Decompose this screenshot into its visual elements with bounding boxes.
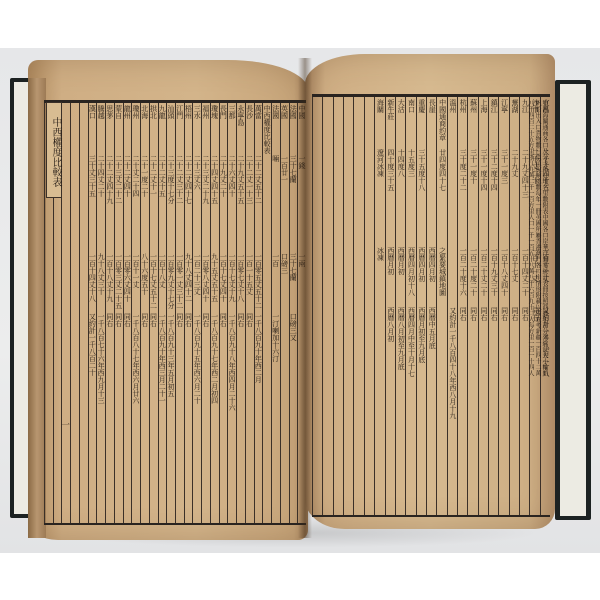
cell-text: 一百零三丈二十五: [115, 253, 123, 309]
cell-text: 西曆中五月底: [427, 307, 436, 349]
cell-text: 一千八百九十五年西六月二十: [193, 313, 201, 404]
right-column: 新牛莊四十度三十五西曆月初西曆八月初: [385, 97, 395, 515]
cell-text: 二十九丈二十: [220, 155, 228, 197]
column-header: 漢口: [89, 105, 97, 119]
column-header: 長崖: [427, 99, 436, 113]
right-column: 中國通商約章廿四度四十七之緊要城鎮地圖: [436, 97, 446, 515]
cell-text: 十五度三: [406, 149, 415, 177]
cell-text: 一千八百九十年西二月: [255, 313, 263, 383]
cell-text: 三十度二十二: [458, 149, 467, 191]
column-header: 溫州: [448, 99, 457, 113]
cell-text: 九十八丈四十二: [185, 253, 193, 302]
cell-text: 一百十四丈十八: [89, 253, 97, 302]
cell-text: 十四度八: [396, 149, 405, 177]
right-column: 海關遼河冰凍冰凍: [374, 97, 384, 515]
cell-text: 一汀喇加十六汀: [272, 313, 280, 362]
right-empty-column: [333, 97, 343, 515]
cell-text: 同右: [468, 307, 477, 321]
cell-text: 同右: [185, 313, 193, 327]
cell-text: 西曆四月初: [427, 247, 436, 282]
left-column: 法國三十七蘭三十七蘭口磅三又: [289, 103, 298, 523]
right-empty-column: [364, 97, 374, 515]
right-empty-column: [312, 97, 322, 515]
cell-text: 口磅三: [281, 253, 289, 274]
cell-text: 二十二丈四十: [124, 155, 132, 197]
cell-text: 西曆四月中至十月十七: [406, 307, 415, 377]
column-header: 汕頭: [167, 105, 175, 119]
left-column: 汕頭二十三度十七分一百零九丈十七分一千八百九十三年五月初五: [166, 103, 175, 523]
cell-text: 二十一度二十: [141, 155, 149, 197]
cell-text: 二十三丈二十二: [115, 155, 123, 204]
column-header: 拱北: [150, 105, 158, 119]
right-column: 杭州三十度二十二一百二十度十六同右: [457, 97, 467, 515]
cell-text: 一百二十度十六: [458, 247, 467, 296]
cell-text: 之緊要城鎮地圖: [437, 247, 446, 296]
cell-text: 同右: [202, 313, 210, 327]
column-header: 杭州: [458, 99, 467, 113]
cell-text: 三十七蘭: [290, 253, 298, 281]
column-header: 海關: [375, 99, 384, 113]
right-empty-column: [343, 97, 353, 515]
column-header: 大沽: [396, 99, 405, 113]
cell-text: 二十四丈二十: [97, 155, 105, 197]
right-column: 重慶三十五度十八西曆四月初西曆月初至九月底: [416, 97, 426, 515]
cell-text: 二十二丈四十七: [185, 155, 193, 204]
left-column: 三水二十三丈六一百二十三丈一千八百九十五年西六月二十: [192, 103, 201, 523]
left-column: 長門二十九丈二十一百十七丈四十同右: [219, 103, 228, 523]
left-column: 瓊州二十丈二十四一百十一丈一千八百八十七年西六月廿六: [131, 103, 140, 523]
column-header: 永寧島: [237, 105, 245, 126]
cell-text: 二十丈二十四: [132, 155, 140, 197]
cell-text: 一百零五丈五十二: [255, 253, 263, 309]
cell-text: 一千八百九十七年西二月初四: [211, 313, 219, 404]
right-empty-column: [353, 97, 363, 515]
left-column: 瓊塊二十四丈四十五九十五丈五十五一千八百九十七年西二月初四: [210, 103, 219, 523]
column-header: 三都: [228, 105, 236, 119]
left-column: 福州二十三丈二十九一百零八丈四十同右: [201, 103, 210, 523]
cell-text: 西曆月初至九月底: [417, 307, 426, 363]
left-empty-column: [79, 103, 88, 523]
left-column: 法國啢一百一汀喇加十六汀: [271, 103, 280, 523]
column-header: 中國通商約章: [437, 99, 446, 141]
left-column: 九龍二十二丈十五一百十八丈一千八百九十年西三月二十一: [158, 103, 167, 523]
cell-text: 一百: [272, 253, 280, 267]
column-header: 萬當: [255, 105, 263, 119]
left-column: 漢口三十丈三十五一百十四丈十八又約計一千八百二十: [88, 103, 97, 523]
column-header: 瓊塊: [211, 105, 219, 119]
cell-text: 西曆月初: [396, 247, 405, 275]
table-title: 中西權度比較表: [46, 102, 62, 198]
cell-text: 四十度三十五: [386, 149, 395, 191]
cell-text: 又約計一千八百二十: [89, 313, 97, 376]
left-column: 蒙自二十三丈二十二一百零三丈二十五同右: [114, 103, 123, 523]
cell-text: 二十二丈一十三: [246, 155, 254, 204]
cell-text: 一百零七丈十八: [237, 253, 245, 302]
cell-text: 三十五度十八: [417, 149, 426, 191]
cell-text: 口磅三又: [290, 313, 298, 341]
cell-text: 八十六度五十: [141, 253, 149, 295]
cell-text: 二十六丈四十: [228, 155, 236, 197]
cell-text: 同右: [106, 313, 114, 327]
right-column: 溫州又約計一千八百四十八年西八月十九: [447, 97, 457, 515]
cell-text: 一千八百八十七年西六月廿六: [132, 313, 140, 404]
cell-text: 二十二丈十一: [150, 155, 158, 197]
left-column: 中西權度比較表: [262, 103, 271, 523]
dense-notes: 中國海關通商各口及分卡所在地名里數附表中國各口岸華洋貿易統計表冊按照西曆年月分列…: [480, 100, 548, 380]
left-column: 江門二十二丈三十二一百零一丈三十二同右: [175, 103, 184, 523]
page-number: 一: [58, 420, 71, 429]
column-header: 三水: [193, 105, 201, 119]
column-header: 中西權度比較表: [263, 105, 271, 154]
cell-text: 一千八百七十六年西九月十三: [97, 313, 105, 404]
column-header: 江門: [176, 105, 184, 119]
cell-text: 二十三丈六: [193, 155, 201, 190]
right-empty-column: [322, 97, 332, 515]
left-column: 騰越二十四丈二十九十八丈三十一千八百七十六年西九月十三: [96, 103, 105, 523]
cell-text: 一百十八丈: [159, 253, 167, 288]
cell-text: 一百零一丈三十二: [176, 253, 184, 309]
cell-text: 一百二十三丈: [193, 253, 201, 295]
column-header: 北海: [141, 105, 149, 119]
cell-text: 一千八百九十三年五月初五: [167, 313, 175, 397]
left-column: 梧州二十二丈四十七九十八丈四十二同右: [184, 103, 193, 523]
cell-text: 二十三度十七分: [167, 155, 175, 204]
column-header: 南口: [406, 99, 415, 113]
left-column: 長沙二十二丈一十三一百一十五丈同右: [245, 103, 254, 523]
column-header: 法國: [290, 105, 298, 119]
column-header: 瓊州: [132, 105, 140, 119]
right-column: 大沽十四度八西曆月初西曆八月初至九月底: [395, 97, 405, 515]
cell-text: 三十一度十: [468, 149, 477, 184]
cell-text: 九十五丈五十五: [211, 253, 219, 302]
cell-text: 一百零九丈十七分: [167, 253, 175, 309]
left-column: 拱北二十二丈十一一百十七丈五十二同右: [149, 103, 158, 523]
cell-text: 遼河冰凍: [375, 149, 384, 177]
cell-text: 同右: [246, 313, 254, 327]
cell-text: 一百十七丈四十: [220, 253, 228, 302]
column-header: 思茅: [106, 105, 114, 119]
column-header: 九龍: [159, 105, 167, 119]
spine-gutter: [298, 58, 312, 538]
cell-text: 二十二丈五十二: [255, 155, 263, 204]
cell-text: 三十丈三十五: [89, 155, 97, 197]
left-column: 萬當二十二丈五十二一百零五丈五十二一千八百九十年西二月: [254, 103, 263, 523]
cell-text: 西曆月初: [386, 247, 395, 275]
left-empty-column: [61, 103, 70, 523]
column-header: 龍州: [124, 105, 132, 119]
column-header: 福州: [202, 105, 210, 119]
column-header: 長沙: [246, 105, 254, 119]
cell-text: 二十九丈五十五: [237, 155, 245, 204]
cell-text: 一百十八丈十九: [106, 253, 114, 302]
cell-text: 一千八百九十八年西四月二十六: [228, 313, 236, 411]
column-header: 蘇州: [468, 99, 477, 113]
cell-text: 三十七蘭: [290, 155, 298, 183]
cell-text: 一百十七丈五十二: [150, 253, 158, 309]
cell-text: 同右: [176, 313, 184, 327]
cell-text: 西曆八月初: [386, 307, 395, 342]
right-column: 南口十五度三西曆四月初十八西曆四月中至十月十七: [405, 97, 415, 515]
column-header: 重慶: [417, 99, 426, 113]
endpaper-right: [560, 84, 586, 516]
cell-text: 九十八丈三十: [97, 253, 105, 295]
left-column: 思茅二十二丈四十九一百十八丈十九同右: [105, 103, 114, 523]
left-table: 中國一錢一兩法國三十七蘭三十七蘭口磅三又英國一百廿一口磅三法國啢一百一汀喇加十六…: [44, 100, 306, 525]
cell-text: 同右: [141, 313, 149, 327]
cell-text: 同右: [115, 313, 123, 327]
cell-text: 二十二丈三十二: [176, 155, 184, 204]
column-header: 英國: [281, 105, 289, 119]
cell-text: 同右: [124, 313, 132, 327]
cell-text: 一百零八丈四十: [202, 253, 210, 302]
cell-text: 一千八百九十年西三月二十一: [159, 313, 167, 404]
cell-text: 二十二丈十五: [159, 155, 167, 197]
right-column: 長崖西曆四月初西曆中五月底: [426, 97, 436, 515]
book-photo: 中國一錢一兩法國三十七蘭三十七蘭口磅三又英國一百廿一口磅三法國啢一百一汀喇加十六…: [0, 48, 600, 553]
left-column: 三都二十六丈四十一百十七丈十九一千八百九十八年西四月二十六: [227, 103, 236, 523]
cell-text: 二十四丈四十五: [211, 155, 219, 204]
cell-text: 西曆四月初十八: [406, 247, 415, 296]
cell-text: 一百十七丈十九: [228, 253, 236, 302]
column-header: 新牛莊: [386, 99, 395, 120]
left-column: 永寧島二十九丈五十五一百零七丈十八同右: [236, 103, 245, 523]
right-column: 蘇州三十一度十一百二十度二十同右: [467, 97, 477, 515]
cell-text: 二十三丈二十九: [202, 155, 210, 204]
column-header: 長門: [220, 105, 228, 119]
cell-text: 啢: [272, 155, 280, 162]
cell-text: 同右: [458, 307, 467, 321]
cell-text: 同右: [237, 313, 245, 327]
cell-text: 一百廿一: [281, 155, 289, 183]
left-column: 北海二十一度二十八十六度五十同右: [140, 103, 149, 523]
cell-text: 一百二十度二十: [468, 247, 477, 296]
column-header: 騰越: [97, 105, 105, 119]
cell-text: 二十二丈四十九: [106, 155, 114, 204]
cell-text: 西曆八月初至九月底: [396, 307, 405, 370]
cell-text: 又約計一千八百四十八年西八月十九: [448, 307, 457, 419]
column-header: 蒙自: [115, 105, 123, 119]
cell-text: 同右: [150, 313, 158, 327]
cell-text: 同右: [220, 313, 228, 327]
left-empty-column: [70, 103, 79, 523]
column-header: 法國: [272, 105, 280, 119]
cell-text: 一百零六丈四十: [124, 253, 132, 302]
left-column: 龍州二十二丈四十一百零六丈四十同右: [123, 103, 132, 523]
cell-text: 廿四度四十七: [437, 149, 446, 191]
column-header: 梧州: [185, 105, 193, 119]
cell-text: 冰凍: [375, 247, 384, 261]
cell-text: 一百一十五丈: [246, 253, 254, 295]
cell-text: 一百十一丈: [132, 253, 140, 288]
left-column: 英國一百廿一口磅三: [280, 103, 289, 523]
cell-text: 西曆四月初: [417, 247, 426, 282]
